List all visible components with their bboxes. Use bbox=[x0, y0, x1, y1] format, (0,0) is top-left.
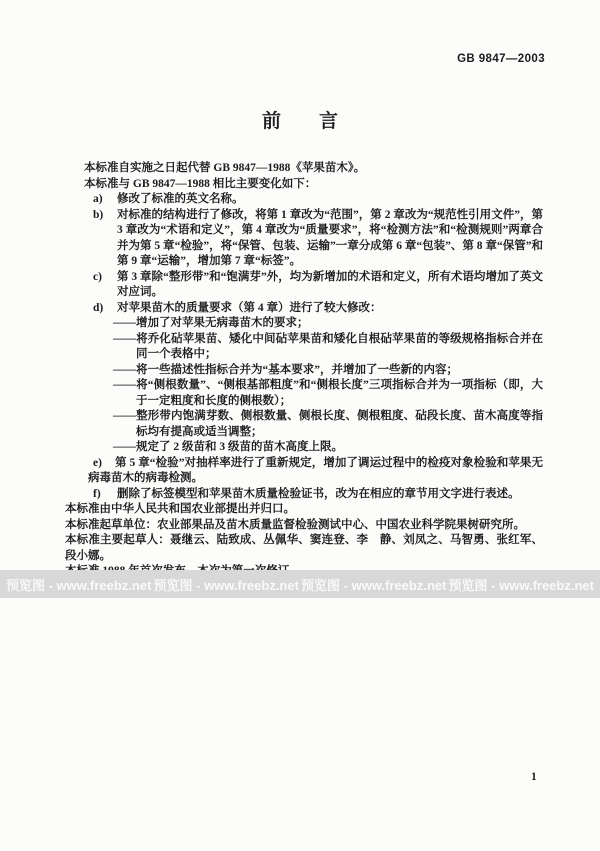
closing-paragraph: 本标准主要起草人：聂继云、陆致成、丛佩华、窦连登、李 静、刘凤之、马智勇、张红军… bbox=[65, 533, 543, 564]
dash-sub-item: ——整形带内饱满芽数、侧根数量、侧根长度、侧根粗度、砧段长度、苗木高度等指标均有… bbox=[113, 409, 543, 440]
dash-sub-item: ——将“侧根数量”、“侧根基部粗度”和“侧根长度”三项指标合并为一项指标（即，大… bbox=[113, 378, 543, 409]
watermark-text: 预览图 - www.freebz.net bbox=[301, 575, 446, 594]
list-item: e)第 5 章“检验”对抽样率进行了重新规定，增加了调运过程中的检疫对象检验和苹… bbox=[88, 456, 543, 487]
list-item-text: 删除了标签模型和苹果苗木质量检验证书，改为在相应的章节用文字进行表述。 bbox=[117, 487, 543, 503]
watermark-bar: 预览图 - www.freebz.net 预览图 - www.freebz.ne… bbox=[0, 570, 600, 598]
page-title: 前 言 bbox=[0, 106, 600, 133]
dash-sub-item: ——将乔化砧苹果苗、矮化中间砧苹果苗和矮化自根砧苹果苗的等级规格指标合并在同一个… bbox=[113, 332, 543, 363]
list-item-text: 对苹果苗木的质量要求（第 4 章）进行了较大修改： bbox=[117, 301, 543, 317]
closing-paragraph: 本标准由中华人民共和国农业部提出并归口。 bbox=[65, 502, 543, 518]
dash-sub-item: ——增加了对苹果无病毒苗木的要求； bbox=[113, 316, 543, 332]
watermark-text: 预览图 - www.freebz.net bbox=[154, 575, 299, 594]
watermark-text: 预览图 - www.freebz.net bbox=[449, 575, 594, 594]
list-item-label: e) bbox=[93, 457, 102, 469]
list-item-text: 修改了标准的英文名称。 bbox=[117, 192, 543, 208]
list-item-text: 第 3 章除“整形带”和“饱满芽”外，均为新增加的术语和定义，所有术语均增加了英… bbox=[117, 270, 543, 301]
page-number: 1 bbox=[531, 771, 537, 783]
foreword-paragraph: 本标准与 GB 9847—1988 相比主要变化如下： bbox=[65, 177, 543, 193]
dash-sub-item: ——规定了 2 级苗和 3 级苗的苗木高度上限。 bbox=[113, 440, 543, 456]
list-item-text: 对标准的结构进行了修改，将第 1 章改为“范围”，第 2 章改为“规范性引用文件… bbox=[117, 208, 543, 270]
list-item-label: c) bbox=[93, 270, 117, 301]
list-item-text: 第 5 章“检验”对抽样率进行了重新规定，增加了调运过程中的检疫对象检验和苹果无… bbox=[88, 457, 543, 485]
watermark-text: 预览图 - www.freebz.net bbox=[6, 575, 151, 594]
dash-sub-item: ——将一些描述性指标合并为“基本要求”，并增加了一些新的内容； bbox=[113, 363, 543, 379]
list-item-label: f) bbox=[93, 487, 117, 503]
foreword-paragraph: 本标准自实施之日起代替 GB 9847—1988《苹果苗木》。 bbox=[65, 161, 543, 177]
foreword-content: 本标准自实施之日起代替 GB 9847—1988《苹果苗木》。 本标准与 GB … bbox=[65, 161, 543, 580]
list-item: d) 对苹果苗木的质量要求（第 4 章）进行了较大修改： bbox=[93, 301, 543, 317]
list-item: a) 修改了标准的英文名称。 bbox=[93, 192, 543, 208]
standard-number: GB 9847—2003 bbox=[457, 53, 545, 65]
list-item: c) 第 3 章除“整形带”和“饱满芽”外，均为新增加的术语和定义，所有术语均增… bbox=[93, 270, 543, 301]
list-item-label: d) bbox=[93, 301, 117, 317]
list-item-label: a) bbox=[93, 192, 117, 208]
list-item: f) 删除了标签模型和苹果苗木质量检验证书，改为在相应的章节用文字进行表述。 bbox=[93, 487, 543, 503]
closing-paragraph: 本标准起草单位：农业部果品及苗木质量监督检验测试中心、中国农业科学院果树研究所。 bbox=[65, 518, 543, 534]
list-item: b) 对标准的结构进行了修改，将第 1 章改为“范围”，第 2 章改为“规范性引… bbox=[93, 208, 543, 270]
list-item-label: b) bbox=[93, 208, 117, 270]
